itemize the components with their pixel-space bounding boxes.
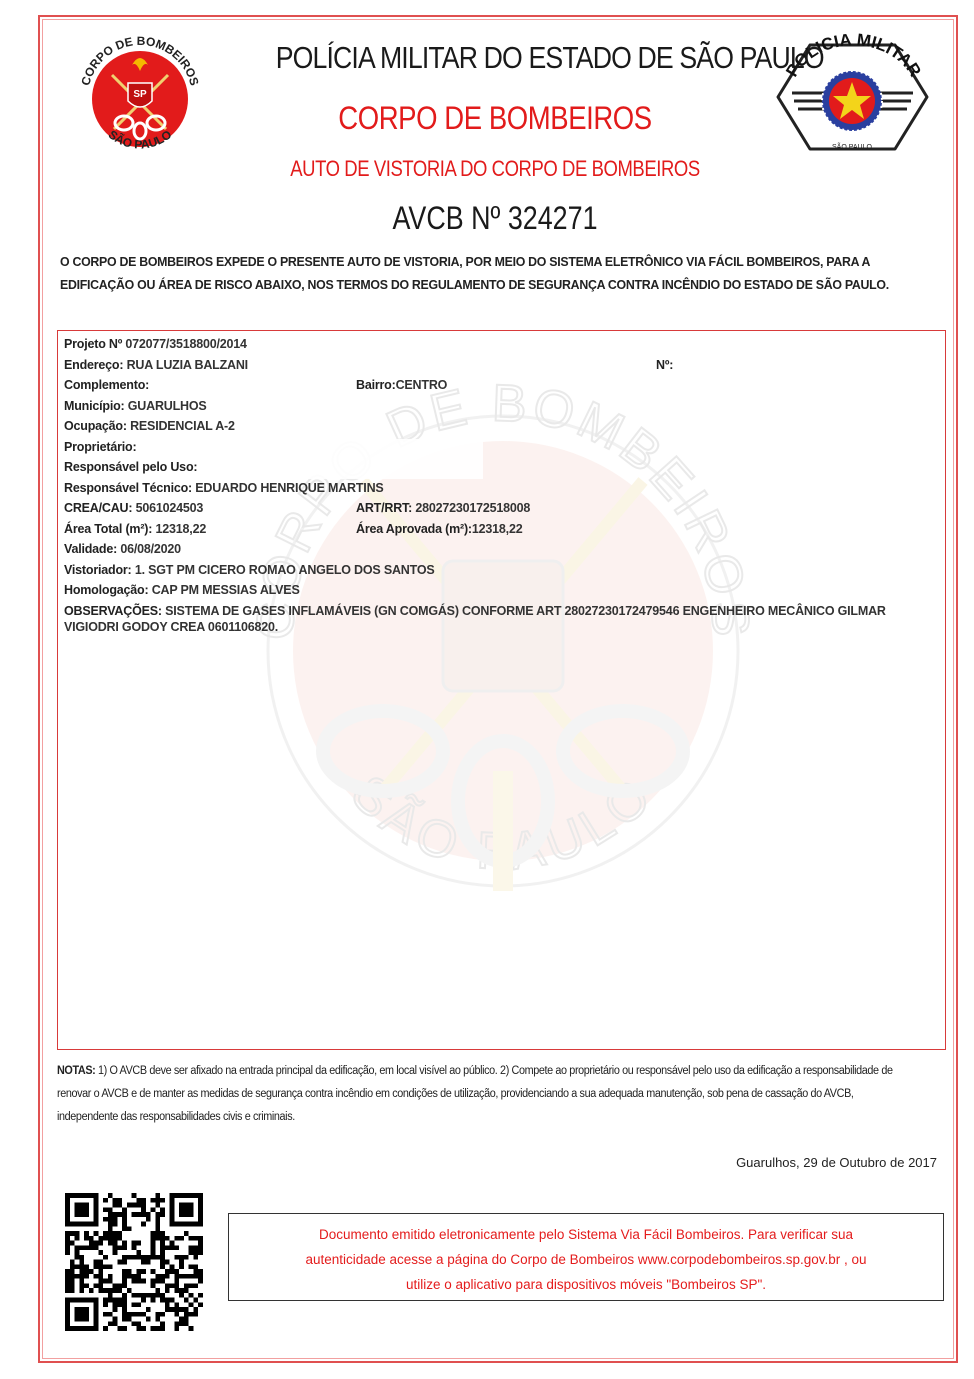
field-validade: Validade: 06/08/2020 bbox=[64, 539, 939, 560]
field-responsavel-uso: Responsável pelo Uso: bbox=[64, 457, 939, 478]
verification-notice: Documento emitido eletronicamente pelo S… bbox=[228, 1213, 944, 1301]
issue-date: Guarulhos, 29 de Outubro de 2017 bbox=[736, 1155, 937, 1170]
verification-line-2: autenticidade acesse a página do Corpo d… bbox=[229, 1247, 943, 1272]
dept-title: CORPO DE BOMBEIROS bbox=[276, 100, 715, 137]
qr-code bbox=[65, 1193, 203, 1331]
avcb-number: AVCB Nº 324271 bbox=[281, 200, 709, 237]
svg-text:SÃO PAULO: SÃO PAULO bbox=[832, 142, 872, 151]
redacted-area bbox=[223, 439, 483, 479]
field-responsavel-tecnico: Responsável Técnico: EDUARDO HENRIQUE MA… bbox=[64, 478, 939, 499]
building-fields: Projeto Nº 072077/3518800/2014 Endereço:… bbox=[64, 334, 939, 635]
verification-line-3: utilize o aplicativo para dispositivos m… bbox=[229, 1272, 943, 1297]
notes-paragraph: NOTAS: 1) O AVCB deve ser afixado na ent… bbox=[57, 1060, 903, 1129]
verification-line-1: Documento emitido eletronicamente pelo S… bbox=[229, 1222, 943, 1247]
field-endereco: Endereço: RUA LUZIA BALZANI Nº: bbox=[64, 355, 939, 376]
field-vistoriador: Vistoriador: 1. SGT PM CICERO ROMAO ANGE… bbox=[64, 560, 939, 581]
field-bairro: Bairro:CENTRO bbox=[356, 375, 447, 396]
field-observacoes: OBSERVAÇÕES: SISTEMA DE GASES INFLAMÁVEI… bbox=[64, 601, 939, 635]
field-proprietario: Proprietário: bbox=[64, 437, 939, 458]
field-numero: Nº: bbox=[656, 355, 673, 376]
field-ocupacao: Ocupação: RESIDENCIAL A-2 bbox=[64, 416, 939, 437]
notes-label: NOTAS: bbox=[57, 1065, 95, 1077]
svg-text:SÃO PAULO: SÃO PAULO bbox=[340, 764, 666, 881]
field-crea-cau: CREA/CAU: 5061024503 ART/RRT: 2802723017… bbox=[64, 498, 939, 519]
field-area-aprovada: Área Aprovada (m²):12318,22 bbox=[356, 519, 522, 540]
document-type: AUTO DE VISTORIA DO CORPO DE BOMBEIROS bbox=[281, 156, 709, 182]
notes-text: 1) O AVCB deve ser afixado na entrada pr… bbox=[57, 1065, 893, 1123]
field-complemento: Complemento: Bairro:CENTRO bbox=[64, 375, 939, 396]
org-title: POLÍCIA MILITAR DO ESTADO DE SÃO PAULO bbox=[276, 40, 715, 76]
field-projeto: Projeto Nº 072077/3518800/2014 bbox=[64, 334, 939, 355]
field-homologacao: Homologação: CAP PM MESSIAS ALVES bbox=[64, 580, 939, 601]
building-info-box: CORPO DE BOMBEIROS SÃO PAULO Projeto Nº … bbox=[57, 330, 946, 1050]
field-art-rrt: ART/RRT: 28027230172518008 bbox=[356, 498, 530, 519]
field-municipio: Município: GUARULHOS bbox=[64, 396, 939, 417]
intro-paragraph: O CORPO DE BOMBEIROS EXPEDE O PRESENTE A… bbox=[60, 250, 915, 296]
svg-text:SP: SP bbox=[133, 89, 147, 100]
field-area-total: Área Total (m²): 12318,22 Área Aprovada … bbox=[64, 519, 939, 540]
corpo-de-bombeiros-logo: CORPO DE BOMBEIROS SÃO PAULO SP bbox=[70, 27, 210, 167]
